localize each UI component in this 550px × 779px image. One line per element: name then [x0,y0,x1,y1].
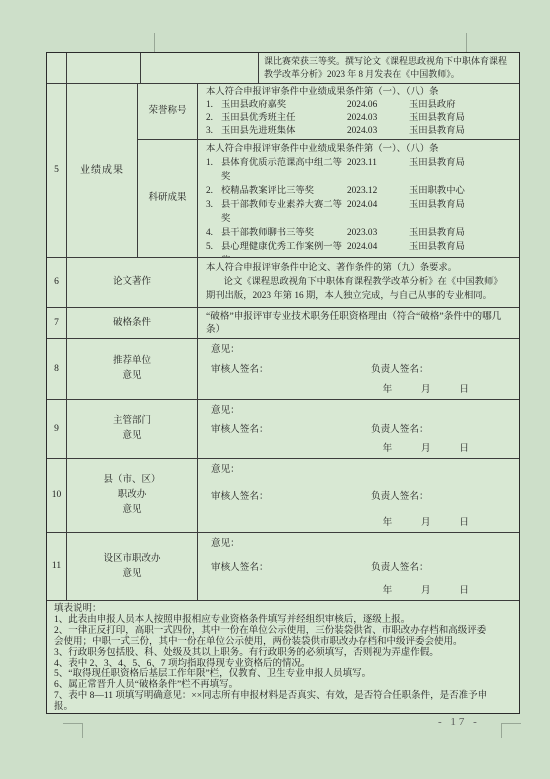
row-number: 11 [47,533,67,600]
row-number: 7 [47,308,67,338]
research-item: 5. 县心理健康优秀工作案例一等奖 2024.04 玉田县教育局 [206,240,513,257]
reviewer-signature-label: 审核人签名： [211,363,371,376]
item-name: 县干部教师聊书三等奖 [221,226,347,240]
notes-content: 填表说明： 1、此表由申报人员本人按照申报相应专业资格条件填写并经组织审核后，逐… [47,601,519,713]
note-item: 6、属正常晋升人员“破格条件”栏不再填写。 [54,680,493,691]
research-item: 4. 县干部教师聊书三等奖 2023.03 玉田县教育局 [206,226,513,240]
item-organization: 玉田县教育局 [409,240,513,257]
honor-titles-label: 荣誉称号 [138,84,198,139]
date-line: 年 月 日 [198,584,519,597]
achievements-label: 业绩成果 [67,84,138,257]
department-label: 主管部门 意见 [67,400,198,458]
document-page: 课比赛荣获三等奖。撰写论文《课程思政视角下中职体育课程教学改革分析》2023 年… [0,0,550,779]
research-item: 1. 县体育优质示范课高中组二等奖 2023.11 玉田县教育局 [206,156,513,184]
crop-mark-top-right-icon [466,33,467,52]
date-line: 年 月 日 [198,516,519,529]
item-name: 玉田县政府嘉奖 [221,99,347,112]
row-number: 5 [47,84,67,257]
opinion-label: 意见： [198,343,519,356]
leader-signature-label: 负责人签名： [371,561,429,574]
row-filling-notes: 填表说明： 1、此表由申报人员本人按照申报相应专业资格条件填写并经组织审核后，逐… [47,601,519,713]
note-item: 5、“取得现任职资格后基层工作年限”栏，仅教育、卫生专业申报人员填写。 [54,669,493,680]
row-exception: 7 破格条件 “破格”申报评审专业技术职务任职资格理由（符合“破格”条件中的哪几… [47,308,519,339]
item-name: 县干部教师专业素养大赛二等奖 [221,198,347,226]
continuation-row: 课比赛荣获三等奖。撰写论文《课程思政视角下中职体育课程教学改革分析》2023 年… [47,53,519,84]
item-organization: 玉田县教育局 [409,156,513,184]
honor-titles-content: 本人符合申报评审条件中业绩成果条件第（一）、（八）条 1. 玉田县政府嘉奖 20… [198,84,519,139]
county-office-label: 县（市、区） 职改办 意见 [67,459,198,532]
item-number: 5. [206,240,221,257]
row-achievements: 5 业绩成果 荣誉称号 本人符合申报评审条件中业绩成果条件第（一）、（八）条 1… [47,84,519,258]
item-organization: 玉田县政府 [409,99,513,112]
opinion-content: 意见： 审核人签名： 负责人签名： 年 月 日 [198,339,519,399]
crop-mark-bottom-right-icon [501,723,521,738]
papers-condition-statement: 本人符合申报评审条件中论文、著作条件的第（九）条要求。 [206,261,511,275]
continuation-text: 课比赛荣获三等奖。撰写论文《课程思政视角下中职体育课程教学改革分析》2023 年… [259,53,519,83]
recommending-unit-label: 推荐单位 意见 [67,339,198,399]
prefecture-office-label: 设区市职改办 意见 [67,533,198,600]
note-item: 4、表中 2、3、4、5、6、7 项均指取得现专业资格后的情况。 [54,659,493,670]
item-name: 县心理健康优秀工作案例一等奖 [221,240,347,257]
note-item: 1、此表由申报人员本人按照申报相应专业资格条件填写并经组织审核后，逐级上报。 [54,615,493,626]
honor-item: 1. 玉田县政府嘉奖 2024.06 玉田县政府 [206,99,513,112]
item-number: 1. [206,99,221,112]
signature-line: 审核人签名： 负责人签名： [198,490,519,503]
item-number: 4. [206,226,221,240]
item-organization: 玉田县教育局 [409,226,513,240]
reviewer-signature-label: 审核人签名： [211,490,371,503]
item-date: 2023.03 [347,226,409,240]
item-date: 2023.12 [347,184,409,198]
item-organization: 玉田县教育局 [409,112,513,125]
note-item: 3、行政职务包括股、科、处级及其以上职务。有行政职务的必须填写，否则视为弄虚作假… [54,648,493,659]
leader-signature-label: 负责人签名： [371,490,429,503]
item-date: 2024.04 [347,198,409,226]
notes-title: 填表说明： [54,604,493,615]
continuation-empty-cell-2 [67,53,141,83]
item-date: 2024.03 [347,112,409,125]
reviewer-signature-label: 审核人签名： [211,423,371,436]
item-organization: 玉田职教中心 [409,184,513,198]
research-condition-statement: 本人符合申报评审条件中业绩成果条件第（一）、（八）条 [206,142,513,156]
item-number: 3. [206,125,221,138]
opinion-content: 意见： 审核人签名： 负责人签名： 年 月 日 [198,400,519,458]
row-number: 8 [47,339,67,399]
item-organization: 玉田县教育局 [409,125,513,138]
signature-line: 审核人签名： 负责人签名： [198,423,519,436]
item-number: 2. [206,112,221,125]
date-line: 年 月 日 [198,383,519,396]
item-organization: 玉田县教育局 [409,198,513,226]
opinion-label: 意见： [198,404,519,417]
item-name: 玉田县先进班集体 [221,125,347,138]
item-date: 2023.11 [347,156,409,184]
opinion-content: 意见： 审核人签名： 负责人签名： 年 月 日 [198,533,519,600]
row-number: 6 [47,258,67,307]
crop-mark-bottom-left-icon [63,723,83,738]
papers-detail: 论文《课程思政视角下中职体育课程教学改革分析》在《中国教师》期刊出版，2023 … [206,275,511,303]
item-name: 校精品教案评比三等奖 [221,184,347,198]
leader-signature-label: 负责人签名： [371,363,429,376]
honor-titles-subrow: 荣誉称号 本人符合申报评审条件中业绩成果条件第（一）、（八）条 1. 玉田县政府… [138,84,519,140]
row-recommending-unit-opinion: 8 推荐单位 意见 意见： 审核人签名： 负责人签名： 年 月 日 [47,339,519,400]
note-item: 2、一律正反打印，高职一式四份，其中一份在单位公示使用，三份装袋供省、市职改办存… [54,626,493,648]
continuation-empty-cell-1 [47,53,67,83]
item-date: 2024.04 [347,240,409,257]
research-results-subrow: 科研成果 本人符合申报评审条件中业绩成果条件第（一）、（八）条 1. 县体育优质… [138,140,519,257]
leader-signature-label: 负责人签名： [371,423,429,436]
row-number: 9 [47,400,67,458]
item-name: 玉田县优秀班主任 [221,112,347,125]
opinion-label: 意见： [198,463,519,476]
continuation-empty-cell-3 [141,53,259,83]
reviewer-signature-label: 审核人签名： [211,561,371,574]
exception-label: 破格条件 [67,308,198,338]
row-papers: 6 论文著作 本人符合申报评审条件中论文、著作条件的第（九）条要求。 论文《课程… [47,258,519,308]
item-name: 县体育优质示范课高中组二等奖 [221,156,347,184]
honor-item: 2. 玉田县优秀班主任 2024.03 玉田县教育局 [206,112,513,125]
opinion-content: 意见： 审核人签名： 负责人签名： 年 月 日 [198,459,519,532]
papers-content: 本人符合申报评审条件中论文、著作条件的第（九）条要求。 论文《课程思政视角下中职… [198,258,519,307]
opinion-label: 意见： [198,537,519,550]
note-item: 7、表中 8—11 项填写明确意见：××同志所有申报材料是否真实、有效，是否符合… [54,691,493,713]
research-item: 2. 校精品教案评比三等奖 2023.12 玉田职教中心 [206,184,513,198]
research-item: 3. 县干部教师专业素养大赛二等奖 2024.04 玉田县教育局 [206,198,513,226]
exception-content: “破格”申报评审专业技术职务任职资格理由（符合“破格”条件中的哪几条） [198,308,519,338]
row-county-office-opinion: 10 县（市、区） 职改办 意见 意见： 审核人签名： 负责人签名： 年 月 日 [47,459,519,533]
title-review-form-table: 课比赛荣获三等奖。撰写论文《课程思政视角下中职体育课程教学改革分析》2023 年… [46,52,520,714]
date-line: 年 月 日 [198,442,519,455]
row-department-opinion: 9 主管部门 意见 意见： 审核人签名： 负责人签名： 年 月 日 [47,400,519,459]
signature-line: 审核人签名： 负责人签名： [198,561,519,574]
signature-line: 审核人签名： 负责人签名： [198,363,519,376]
honor-item: 3. 玉田县先进班集体 2024.03 玉田县教育局 [206,125,513,138]
row-number: 10 [47,459,67,532]
page-number: - 17 - [438,716,498,728]
row-prefecture-office-opinion: 11 设区市职改办 意见 意见： 审核人签名： 负责人签名： 年 月 日 [47,533,519,601]
crop-mark-top-left-icon [154,33,155,52]
item-number: 1. [206,156,221,184]
achievements-subcolumn: 荣誉称号 本人符合申报评审条件中业绩成果条件第（一）、（八）条 1. 玉田县政府… [138,84,519,257]
item-number: 2. [206,184,221,198]
research-results-label: 科研成果 [138,140,198,257]
papers-label: 论文著作 [67,258,198,307]
item-number: 3. [206,198,221,226]
item-date: 2024.06 [347,99,409,112]
item-date: 2024.03 [347,125,409,138]
research-results-content: 本人符合申报评审条件中业绩成果条件第（一）、（八）条 1. 县体育优质示范课高中… [198,140,519,257]
honor-condition-statement: 本人符合申报评审条件中业绩成果条件第（一）、（八）条 [206,86,513,99]
